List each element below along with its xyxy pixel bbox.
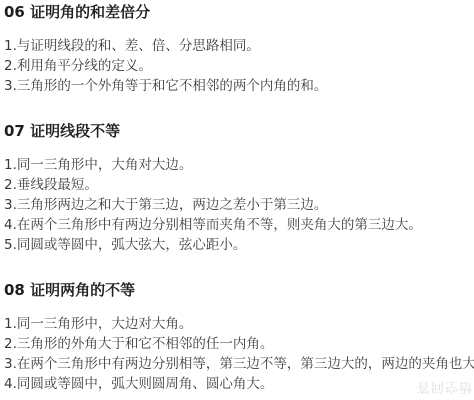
document-page: 06 证明角的和差倍分 1.与证明线段的和、差、倍、分思路相同。 2.利用角平分… — [0, 0, 474, 400]
watermark-text: 悟空问答 — [416, 379, 472, 398]
list-item: 2.三角形的外角大于和它不相邻的任一内角。 — [4, 334, 474, 354]
list-item: 4.在两个三角形中有两边分别相等而夹角不等，则夹角大的第三边大。 — [4, 215, 474, 235]
section-07-heading: 07 证明线段不等 — [4, 122, 474, 140]
list-item: 3.三角形两边之和大于第三边，两边之差小于第三边。 — [4, 195, 474, 215]
section-06-item-list: 1.与证明线段的和、差、倍、分思路相同。 2.利用角平分线的定义。 3.三角形的… — [4, 36, 474, 96]
section-06: 06 证明角的和差倍分 1.与证明线段的和、差、倍、分思路相同。 2.利用角平分… — [4, 3, 474, 96]
list-item: 2.垂线段最短。 — [4, 175, 474, 195]
section-08-item-list: 1.同一三角形中，大边对大角。 2.三角形的外角大于和它不相邻的任一内角。 3.… — [4, 314, 474, 394]
list-item: 3.在两个三角形中有两边分别相等，第三边不等，第三边大的，两边的夹角也大。 — [4, 354, 474, 374]
section-06-heading: 06 证明角的和差倍分 — [4, 3, 474, 21]
section-07: 07 证明线段不等 1.同一三角形中，大角对大边。 2.垂线段最短。 3.三角形… — [4, 122, 474, 255]
section-08-heading: 08 证明两角的不等 — [4, 281, 474, 299]
list-item: 1.同一三角形中，大角对大边。 — [4, 155, 474, 175]
list-item: 2.利用角平分线的定义。 — [4, 56, 474, 76]
section-07-item-list: 1.同一三角形中，大角对大边。 2.垂线段最短。 3.三角形两边之和大于第三边，… — [4, 155, 474, 255]
section-08: 08 证明两角的不等 1.同一三角形中，大边对大角。 2.三角形的外角大于和它不… — [4, 281, 474, 394]
list-item: 3.三角形的一个外角等于和它不相邻的两个内角的和。 — [4, 76, 474, 96]
list-item: 1.与证明线段的和、差、倍、分思路相同。 — [4, 36, 474, 56]
list-item: 4.同圆或等圆中，弧大则圆周角、圆心角大。 — [4, 374, 474, 394]
list-item: 5.同圆或等圆中，弧大弦大，弦心距小。 — [4, 235, 474, 255]
list-item: 1.同一三角形中，大边对大角。 — [4, 314, 474, 334]
